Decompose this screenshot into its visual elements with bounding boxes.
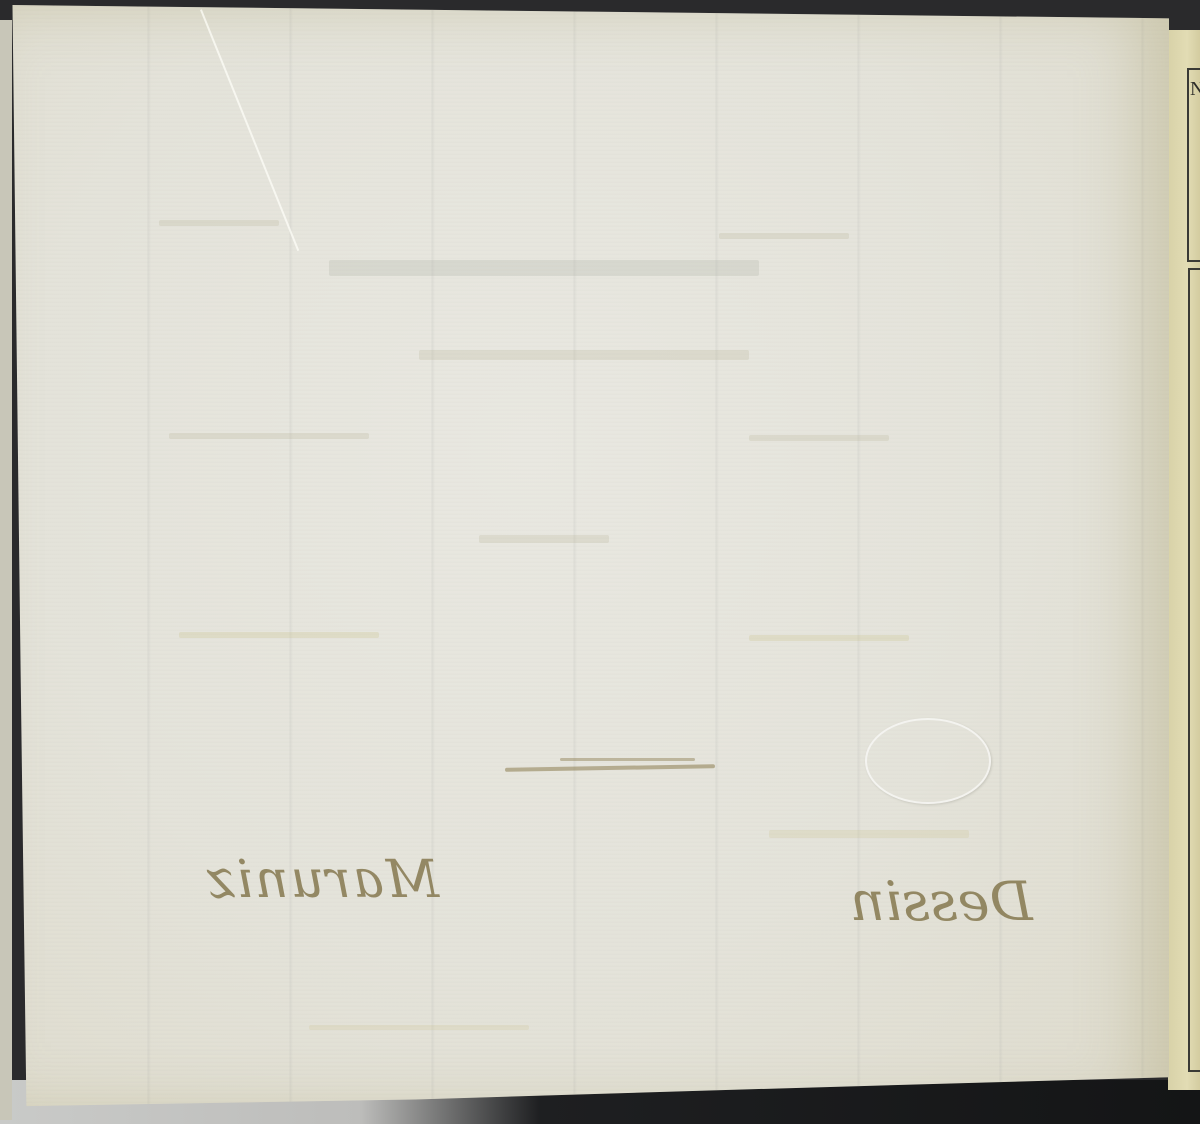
bleed-through-line	[769, 830, 969, 838]
bleed-through-line	[419, 350, 749, 360]
bleed-through-line	[159, 220, 279, 226]
bleed-through-line	[749, 435, 889, 441]
bleed-through-line	[719, 233, 849, 239]
signature-right: Dessin	[850, 870, 1033, 933]
signature-left: Maruniz	[205, 850, 439, 910]
backing-board-edge	[0, 20, 12, 1120]
adjacent-page-letter: N	[1190, 78, 1200, 101]
bleed-through-heading	[329, 260, 759, 276]
bleed-through-line	[179, 632, 379, 638]
bleed-through-line	[309, 1025, 529, 1030]
ink-flourish	[560, 758, 695, 761]
document-paper	[9, 5, 1169, 1115]
adjacent-page-frame-bottom	[1188, 268, 1200, 1072]
bleed-through-line	[749, 635, 909, 641]
bleed-through-line	[169, 433, 369, 439]
embossed-seal	[865, 718, 991, 804]
bleed-through-line	[479, 535, 609, 543]
